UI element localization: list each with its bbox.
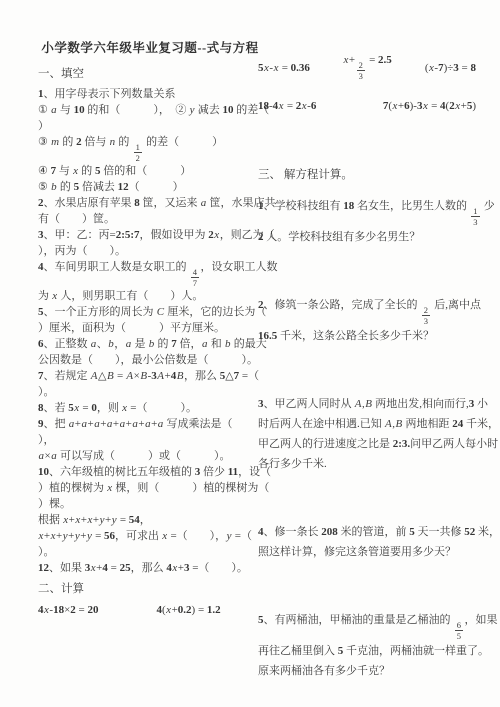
page-title: 小学数学六年级毕业复习题--式与方程 [38, 38, 262, 56]
fill-line: ）， [38, 432, 262, 448]
fraction: 47 [191, 267, 199, 288]
problem-line: 5、有两桶油，甲桶油的重量是乙桶油的 65，如果 [258, 610, 476, 641]
problem-line: 4、修一条长 208 米的管道，前 5 天一共修 52 米， [258, 522, 476, 542]
word-problem: 3、甲乙两人同时从 A,B 两地出发,相向而行,3 小时后两人在途中相遇.已知 … [258, 394, 476, 474]
fraction: 65 [455, 620, 463, 641]
problem-line: 3、甲乙两人同时从 A,B 两地出发,相向而行,3 小 [258, 394, 476, 414]
fill-line: 1、用字母表示下列数量关系 [38, 86, 262, 102]
fill-line: 有（ ）筐。 [38, 211, 262, 227]
fill-line: 2、水果店原有苹果 8 筐，又运来 a 筐，水果店共 [38, 195, 262, 211]
fraction: 23 [357, 60, 365, 81]
problem-line: 1、学校科技组有 18 名女生，比男生人数的 13 少 [258, 196, 476, 227]
section-heading-fill: 一、填空 [38, 66, 262, 83]
problem-line: 甲乙两人的行进速度之比是 2:3.问甲乙两人每小时 [258, 434, 476, 454]
fill-line: ① a 与 10 的和（ ）， ② y 减去 10 的差（ [38, 102, 262, 118]
word-problem: 5、有两桶油，甲桶油的重量是乙桶油的 65，如果再往乙桶里倒入 5 千克油，两桶… [258, 610, 476, 681]
problem-line: 照这样计算，修完这条管道要用多少天？ [258, 542, 476, 562]
problem-line: 原来两桶油各有多少千克？ [258, 661, 476, 681]
fill-line: x+x+y+y+y = 56，可求出 x =（ ），y =（ [38, 528, 262, 544]
equation: 18-4x = 2x-6 [258, 100, 316, 112]
equation: x+23 = 2.5 [343, 54, 392, 81]
equation-row: 18-4x = 2x-67(x+6)-3x = 4(2x+5) [258, 97, 476, 115]
word-problem: 4、修一条长 208 米的管道，前 5 天一共修 52 米，照这样计算，修完这条… [258, 522, 476, 562]
fill-line: a×a 可以写成（ ）或（ ）。 [38, 448, 262, 464]
fill-line: ）厘米，面积为（ ）平方厘米。 [38, 320, 262, 336]
worksheet-page: 小学数学六年级毕业复习题--式与方程 一、填空 1、用字母表示下列数量关系① a… [0, 0, 500, 707]
fraction: 23 [422, 305, 430, 326]
fraction: 12 [134, 142, 142, 163]
equation: (x-7)÷3 = 8 [425, 62, 476, 74]
fill-line: 为 x 人，则男职工有（ ）人。 [38, 288, 262, 304]
fill-line: 5、一个正方形的周长为 C 厘米，它的边长为（ [38, 304, 262, 320]
fill-line: ）棵。 [38, 496, 262, 512]
calc-equations: 4x-18×2 = 204(x+0.2) = 1.2 [38, 604, 262, 616]
fill-in-questions: 1、用字母表示下列数量关系① a 与 10 的和（ ）， ② y 减去 10 的… [38, 86, 262, 576]
fill-line: 8、若 5x = 0，则 x =（ ）。 [38, 400, 262, 416]
right-column: 5x-x = 0.36x+23 = 2.5(x-7)÷3 = 818-4x = … [258, 54, 476, 681]
problem-line: 2、修筑一条公路，完成了全长的 23 后,离中点 [258, 295, 476, 326]
equation: 5x-x = 0.36 [258, 62, 310, 74]
equation-row: 5x-x = 0.36x+23 = 2.5(x-7)÷3 = 8 [258, 54, 476, 81]
fill-line: 6、正整数 a、b，a 是 b 的 7 倍，a 和 b 的最大 [38, 336, 262, 352]
left-column: 小学数学六年级毕业复习题--式与方程 一、填空 1、用字母表示下列数量关系① a… [38, 38, 262, 616]
problem-line: 2 人。学校科技组有多少名男生？ [258, 227, 476, 247]
section-heading-calc: 二、计算 [38, 581, 262, 598]
fill-line: 7、若规定 A△B = A×B-3A+4B，那么 5△7 =（ [38, 368, 262, 384]
fill-line: ） [38, 118, 262, 134]
word-problems: 1、学校科技组有 18 名女生，比男生人数的 13 少2 人。学校科技组有多少名… [258, 196, 476, 681]
equation: 7(x+6)-3x = 4(2x+5) [383, 100, 476, 112]
fill-line: ），丙为（ ）。 [38, 243, 262, 259]
equation: 4(x+0.2) = 1.2 [157, 604, 221, 616]
fill-line: 9、把 a+a+a+a+a+a+a+a 写成乘法是（ [38, 416, 262, 432]
fill-line: 10、六年级植的树比五年级植的 3 倍少 11，设（ [38, 464, 262, 480]
fill-line: ③ m 的 2 倍与 n 的 12 的差（ ） [38, 134, 262, 163]
equation-rows: 5x-x = 0.36x+23 = 2.5(x-7)÷3 = 818-4x = … [258, 54, 476, 115]
fill-line: 根据 x+x+x+y+y = 54， [38, 512, 262, 528]
problem-line: 各行多少千米. [258, 454, 476, 474]
fill-line: 4、车间男职工人数是女职工的 47，设女职工人数 [38, 259, 262, 288]
fill-line: ）。 [38, 384, 262, 400]
fill-line: 12、如果 3x+4 = 25，那么 4x+3 =（ ）。 [38, 560, 262, 576]
fill-line: 公因数是（ ），最小公倍数是（ ）。 [38, 352, 262, 368]
section-heading-solve: 三、 解方程计算。 [258, 167, 476, 184]
word-problem: 2、修筑一条公路，完成了全长的 23 后,离中点16.5 千米，这条公路全长多少… [258, 295, 476, 346]
fill-line: ）植的棵树为 x 棵，则（ ）植的棵树为（ [38, 480, 262, 496]
problem-line: 再往乙桶里倒入 5 千克油，两桶油就一样重了。 [258, 641, 476, 661]
equation: 4x-18×2 = 20 [38, 604, 99, 616]
problem-line: 16.5 千米，这条公路全长多少千米？ [258, 326, 476, 346]
problem-line: 时后两人在途中相遇.已知 A,B 两地相距 24 千米， [258, 414, 476, 434]
fill-line: ⑤ b 的 5 倍减去 12（ ） [38, 179, 262, 195]
fill-line: ）。 [38, 544, 262, 560]
fill-line: ④ 7 与 x 的 5 倍的和（ ） [38, 163, 262, 179]
word-problem: 1、学校科技组有 18 名女生，比男生人数的 13 少2 人。学校科技组有多少名… [258, 196, 476, 247]
fill-line: 3、甲：乙：丙=2:5:7，假如设甲为 2x，则乙为（ [38, 227, 262, 243]
fraction: 13 [471, 206, 479, 227]
